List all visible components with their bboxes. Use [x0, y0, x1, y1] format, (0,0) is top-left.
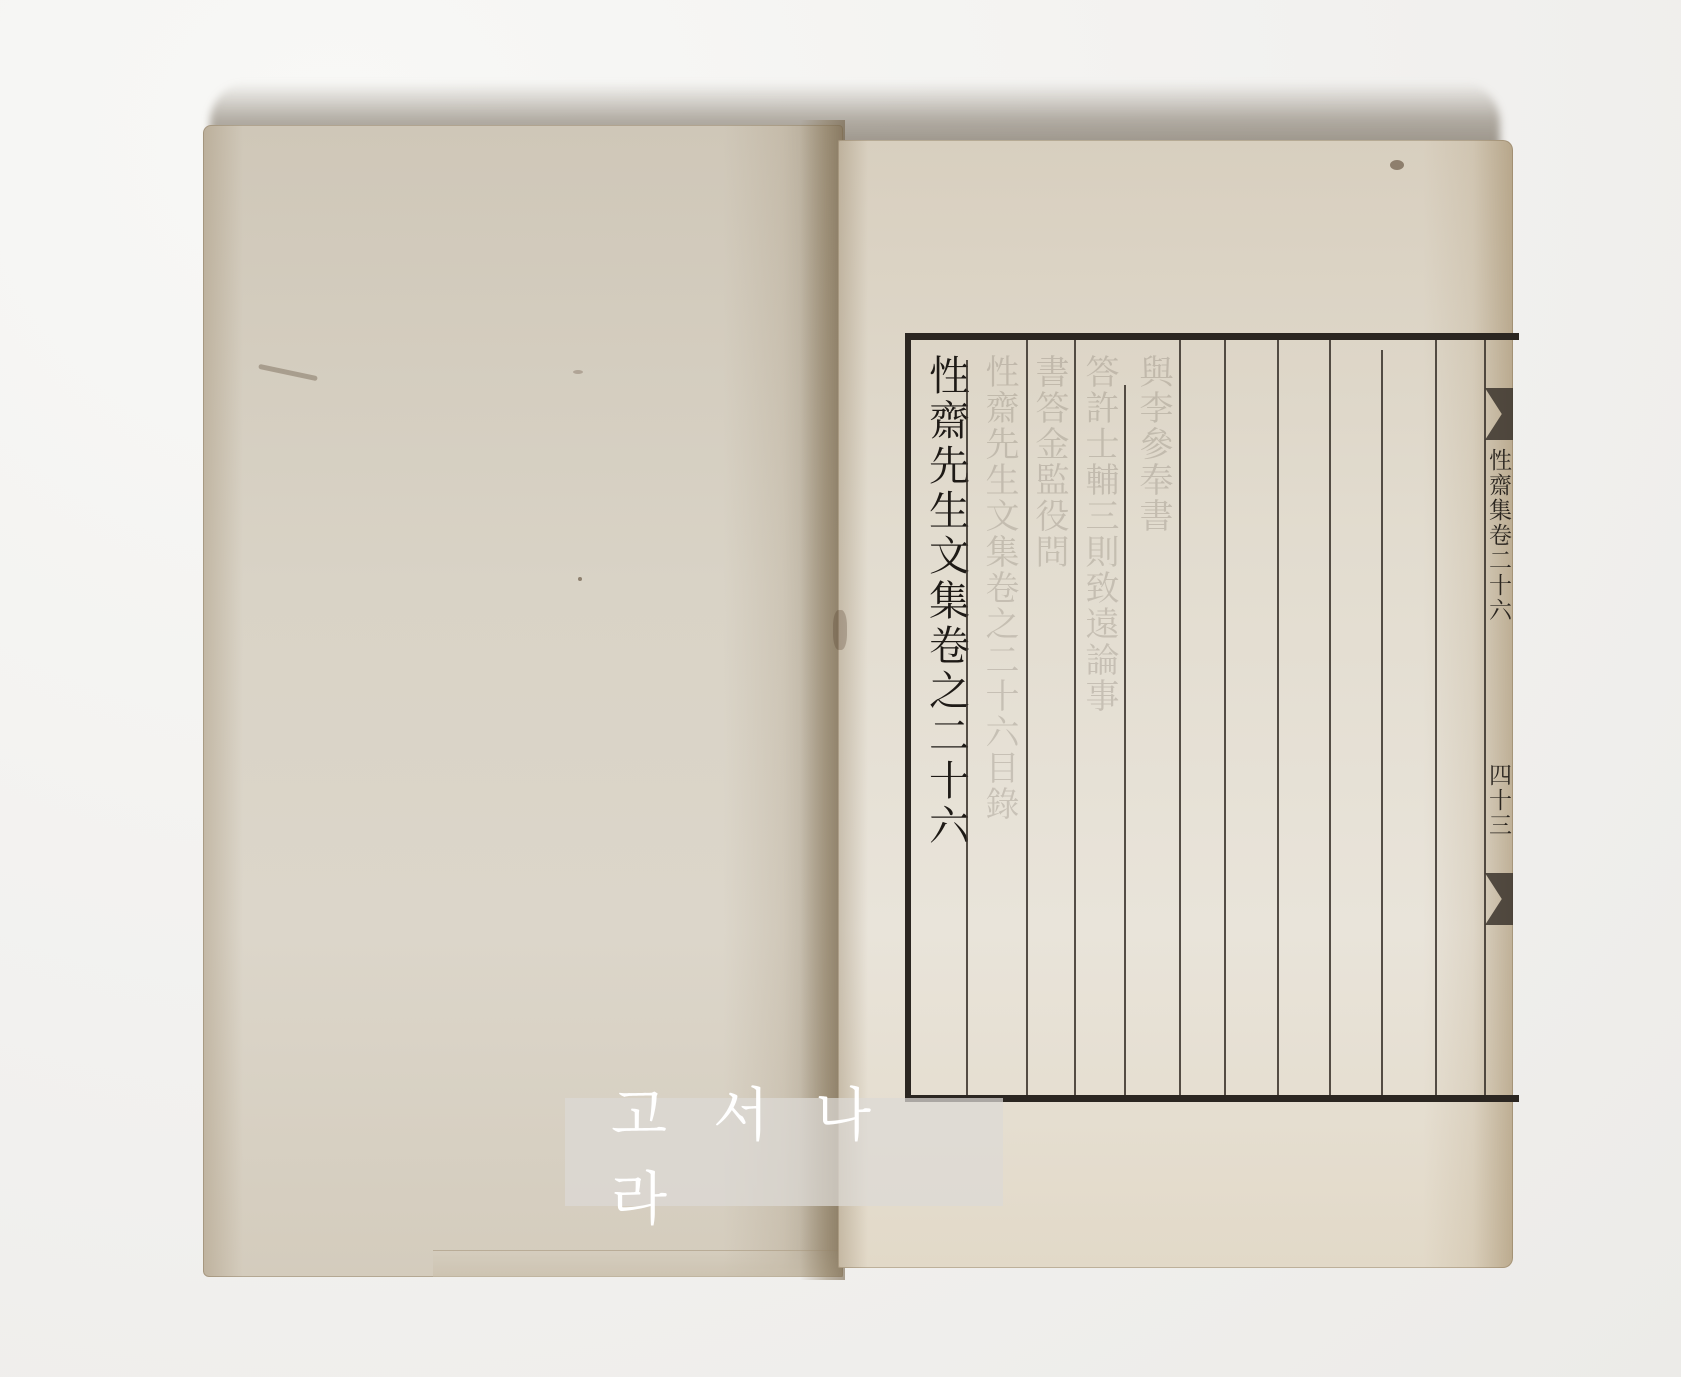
column-rule [966, 360, 968, 1095]
column-rule [1224, 340, 1226, 1095]
volume-title: 性齋先生文集卷之二十六 [921, 354, 971, 849]
column-rule [1435, 340, 1437, 1095]
paper-mark [578, 577, 582, 581]
column-rule [1026, 340, 1028, 1095]
printed-text-frame: 性齋先生文集卷之二十六 性齋先生文集卷之二十六目錄 書答金監役問 答許士輔三則致… [905, 333, 1519, 1102]
bleedthrough-text: 與李參奉書 [1133, 354, 1175, 534]
paper-stain [833, 610, 847, 650]
watermark-banner: 고서나라 [565, 1098, 1003, 1206]
lower-fishtail-mark [1485, 873, 1513, 925]
upper-fishtail-mark [1485, 388, 1513, 440]
column-rule [1179, 340, 1181, 1095]
center-margin-panshim: 性齋集卷二十六 四十三 [1485, 333, 1513, 1088]
column-rule [1329, 340, 1331, 1095]
watermark-text: 고서나라 [565, 1068, 1003, 1236]
paper-mark [573, 370, 583, 374]
column-rule [1381, 350, 1383, 1095]
left-page-folded-edge [433, 1250, 843, 1277]
column-rule [1074, 340, 1076, 1095]
bleedthrough-text: 書答金監役問 [1029, 354, 1071, 570]
paper-mark [258, 364, 318, 381]
bleedthrough-text: 性齋先生文集卷之二十六目錄 [979, 354, 1021, 822]
column-rule [1277, 340, 1279, 1095]
margin-page-number: 四十三 [1485, 763, 1511, 838]
margin-volume-label: 性齋集卷二十六 [1485, 448, 1511, 623]
column-rule [1124, 385, 1126, 1095]
paper-stain [1390, 160, 1404, 170]
bleedthrough-text: 答許士輔三則致遠論事 [1079, 354, 1121, 714]
